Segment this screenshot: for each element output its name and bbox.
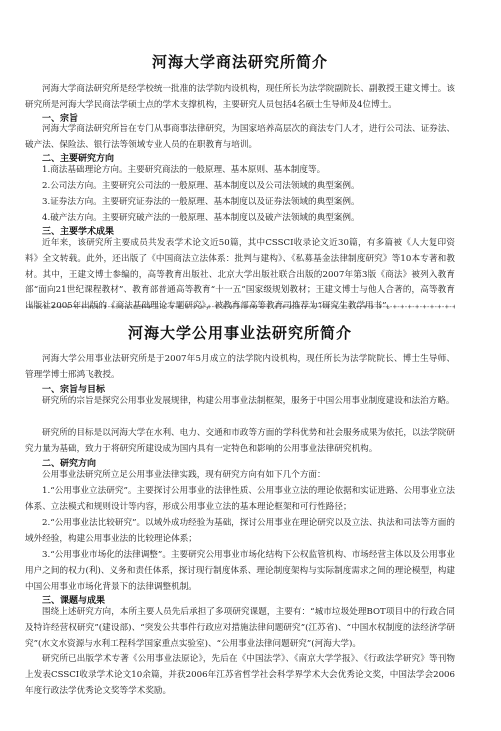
section2-direction-3: 3.“公用事业市场化的法律调整”。主要研究公用事业市场化结构下公权监管机构、市场…: [25, 548, 455, 595]
section1-purpose-text: 河海大学商法研究所旨在专门从事商事法律研究，为国家培养高层次的商法专门人才，进行…: [25, 122, 455, 154]
section1-title: 河海大学商法研究所简介: [25, 51, 455, 72]
section2-direction-2: 2.“公用事业法比较研究”。以域外成功经验为基础，探讨公用事业在理论研究以及立法…: [25, 516, 455, 548]
section2-intro: 河海大学公用事业法研究所是于2007年5月成立的法学院内设机构，现任所长为法学院…: [25, 352, 455, 384]
section1-direction-1: 1.商法基础理论方向。主要研究商法的一般原理、基本原则、基本制度等。: [25, 163, 455, 179]
section1-direction-2: 2.公司法方向。主要研究公司法的一般原理、基本制度以及公司法领域的典型案例。: [25, 179, 455, 195]
section2-directions-intro: 公用事业法研究所立足公用事业法律实践，现有研究方向有如下几个方面：: [25, 468, 455, 484]
section1-direction-3: 3.证券法方向。主要研究证券法的一般原理、基本制度以及证券法领域的典型案例。: [25, 195, 455, 211]
section2-purpose-text: 研究所的宗旨是探究公用事业发展规律，构建公用事业法制框架，服务于中国公用事业制度…: [25, 394, 455, 410]
section2-direction-1: 1.“公用事业立法研究”。主要探讨公用事业的法律性质、公用事业立法的理论依据和实…: [25, 484, 455, 516]
section-divider: -+-+-+-+-+-+-+-+-+-+-+-+-+-+-+-+-+-+-+-+…: [25, 304, 455, 310]
section2-goal-text: 研究所的目标是以河海大学在水利、电力、交通和市政等方面的学科优势和社会服务成果为…: [25, 426, 455, 458]
section2-title: 河海大学公用事业法研究所简介: [25, 322, 455, 343]
section1-intro: 河海大学商法研究所是经学校统一批准的法学院内设机构，现任所长为法学院副院长、副教…: [25, 82, 455, 114]
section2-projects-text: 围绕上述研究方向，本所主要人员先后承担了多项研究课题，主要有：“城市垃圾处理BO…: [25, 605, 455, 652]
section2-publications-text: 研究所已出版学术专著《公用事业法原论》，先后在《中国法学》、《南京大学学报》、《…: [25, 652, 455, 699]
